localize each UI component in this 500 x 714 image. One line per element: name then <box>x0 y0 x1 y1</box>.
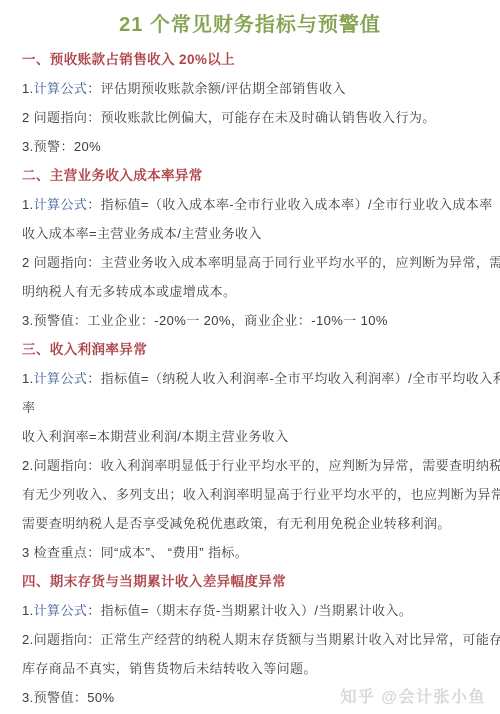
formula-line: 1.计算公式：指标值=（纳税人收入利润率-全市平均收入利润率）/全市平均收入利润 <box>22 364 478 393</box>
problem-line: 2.问题指向：正常生产经营的纳税人期末存货额与当期累计收入对比异常，可能存在 <box>22 625 478 654</box>
formula-keyword: 计算公式 <box>34 603 88 618</box>
line-text: 收入利润率=本期营业利润/本期主营业务收入 <box>22 429 289 444</box>
line-text: 2.问题指向：收入利润率明显低于行业平均水平的，应判断为异常，需要查明纳税人 <box>22 458 500 473</box>
section-heading: 二、主营业务收入成本率异常 <box>22 161 478 190</box>
problem-line: 明纳税人有无多转成本或虚增成本。 <box>22 277 478 306</box>
problem-line: 有无少列收入、多列支出；收入利润率明显高于行业平均水平的，也应判断为异常， <box>22 480 478 509</box>
page-title: 21 个常见财务指标与预警值 <box>22 12 478 38</box>
line-text: 需要查明纳税人是否享受减免税优惠政策，有无利用免税企业转移利润。 <box>22 516 451 531</box>
problem-line: 2.问题指向：收入利润率明显低于行业平均水平的，应判断为异常，需要查明纳税人 <box>22 451 478 480</box>
line-text: 2.问题指向：正常生产经营的纳税人期末存货额与当期累计收入对比异常，可能存在 <box>22 632 500 647</box>
section-heading: 三、收入利润率异常 <box>22 335 478 364</box>
formula-keyword: 计算公式 <box>34 197 88 212</box>
formula-line: 1.计算公式：指标值=（收入成本率-全市行业收入成本率）/全市行业收入成本率 <box>22 190 478 219</box>
formula-line: 1.计算公式：评估期预收账款余额/评估期全部销售收入 <box>22 74 478 103</box>
line-text: 库存商品不真实，销售货物后未结转收入等问题。 <box>22 661 317 676</box>
line-text: 3.预警值：工业企业：-20%一 20%，商业企业：-10%一 10% <box>22 313 388 328</box>
problem-line: 2 问题指向：预收账款比例偏大，可能存在未及时确认销售收入行为。 <box>22 103 478 132</box>
document-body: 一、预收账款占销售收入 20%以上 1.计算公式：评估期预收账款余额/评估期全部… <box>22 45 478 712</box>
formula-line: 收入成本率=主营业务成本/主营业务收入 <box>22 219 478 248</box>
section-prepaid-accounts: 一、预收账款占销售收入 20%以上 1.计算公式：评估期预收账款余额/评估期全部… <box>22 45 478 161</box>
formula-line: 1.计算公式：指标值=（期末存货-当期累计收入）/当期累计收入。 <box>22 596 478 625</box>
formula-line: 收入利润率=本期营业利润/本期主营业务收入 <box>22 422 478 451</box>
line-text: 3 检查重点：同“成本”、 “费用” 指标。 <box>22 545 248 560</box>
checkpoint-line: 3 检查重点：同“成本”、 “费用” 指标。 <box>22 538 478 567</box>
line-text: 率 <box>22 400 35 415</box>
section-heading: 一、预收账款占销售收入 20%以上 <box>22 45 478 74</box>
warning-line: 3.预警值：工业企业：-20%一 20%，商业企业：-10%一 10% <box>22 306 478 335</box>
line-text: 1. <box>22 603 34 618</box>
line-text: ：评估期预收账款余额/评估期全部销售收入 <box>87 81 346 96</box>
formula-keyword: 计算公式 <box>34 81 88 96</box>
line-text: 1. <box>22 371 34 386</box>
section-heading: 四、期末存货与当期累计收入差异幅度异常 <box>22 567 478 596</box>
problem-line: 库存商品不真实，销售货物后未结转收入等问题。 <box>22 654 478 683</box>
formula-keyword: 计算公式 <box>34 371 88 386</box>
warning-line: 3.预警：20% <box>22 132 478 161</box>
section-profit-rate: 三、收入利润率异常 1.计算公式：指标值=（纳税人收入利润率-全市平均收入利润率… <box>22 335 478 567</box>
line-text: 有无少列收入、多列支出；收入利润率明显高于行业平均水平的，也应判断为异常， <box>22 487 500 502</box>
formula-line: 率 <box>22 393 478 422</box>
line-text: 收入成本率=主营业务成本/主营业务收入 <box>22 226 262 241</box>
line-text: 1. <box>22 81 34 96</box>
line-text: ：指标值=（收入成本率-全市行业收入成本率）/全市行业收入成本率 <box>87 197 492 212</box>
section-cost-rate: 二、主营业务收入成本率异常 1.计算公式：指标值=（收入成本率-全市行业收入成本… <box>22 161 478 335</box>
line-text: 2 问题指向：预收账款比例偏大，可能存在未及时确认销售收入行为。 <box>22 110 436 125</box>
line-text: 1. <box>22 197 34 212</box>
problem-line: 2 问题指向：主营业务收入成本率明显高于同行业平均水平的，应判断为异常，需查 <box>22 248 478 277</box>
watermark-text: 知乎 @会计张小鱼 <box>340 689 486 706</box>
line-text: ：指标值=（期末存货-当期累计收入）/当期累计收入。 <box>87 603 412 618</box>
document-page: 21 个常见财务指标与预警值 一、预收账款占销售收入 20%以上 1.计算公式：… <box>0 0 500 714</box>
watermark: 知乎 @会计张小鱼 <box>340 684 486 707</box>
line-text: 明纳税人有无多转成本或虚增成本。 <box>22 284 236 299</box>
line-text: 3.预警值：50% <box>22 690 114 705</box>
line-text: 2 问题指向：主营业务收入成本率明显高于同行业平均水平的，应判断为异常，需查 <box>22 255 500 270</box>
problem-line: 需要查明纳税人是否享受减免税优惠政策，有无利用免税企业转移利润。 <box>22 509 478 538</box>
line-text: 3.预警：20% <box>22 139 101 154</box>
line-text: ：指标值=（纳税人收入利润率-全市平均收入利润率）/全市平均收入利润 <box>87 371 500 386</box>
